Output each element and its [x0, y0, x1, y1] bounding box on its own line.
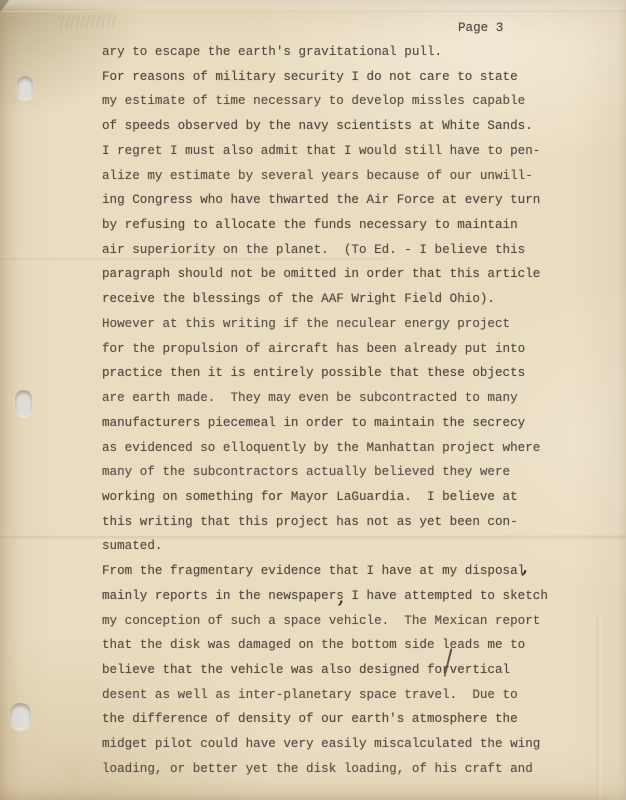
- typed-line: believe that the vehicle was also design…: [102, 658, 548, 683]
- punch-hole-middle: [15, 390, 32, 417]
- typed-text-block: ary to escape the earth's gravitational …: [102, 40, 548, 782]
- typed-line: this writing that this project has not a…: [102, 510, 548, 535]
- paper-fold-vertical: [597, 618, 602, 800]
- typed-line: as evidenced so elloquently by the Manha…: [102, 436, 548, 461]
- typed-line: loading, or better yet the disk loading,…: [102, 757, 548, 782]
- typed-line: of speeds observed by the navy scientist…: [102, 114, 548, 139]
- typed-line: my estimate of time necessary to develop…: [102, 89, 548, 114]
- typed-line: many of the subcontractors actually beli…: [102, 460, 548, 485]
- typed-line: are earth made. They may even be subcont…: [102, 386, 548, 411]
- page-number: Page 3: [458, 21, 503, 35]
- typed-line: However at this writing if the neculear …: [102, 312, 548, 337]
- typed-line: midget pilot could have very easily misc…: [102, 732, 548, 757]
- typed-line: practice then it is entirely possible th…: [102, 361, 548, 386]
- typed-line: by refusing to allocate the funds necess…: [102, 213, 548, 238]
- paper-crease-upper: [0, 256, 388, 260]
- typed-line: that the disk was damaged on the bottom …: [102, 633, 548, 658]
- typed-line: manufacturers piecemeal in order to main…: [102, 411, 548, 436]
- typed-line: For reasons of military security I do no…: [102, 65, 548, 90]
- page-top-edge: [0, 0, 626, 12]
- typed-line: receive the blessings of the AAF Wright …: [102, 287, 548, 312]
- typed-line: ary to escape the earth's gravitational …: [102, 40, 548, 65]
- typed-line: ing Congress who have thwarted the Air F…: [102, 188, 548, 213]
- punch-hole-top: [17, 76, 33, 100]
- typed-line: my conception of such a space vehicle. T…: [102, 609, 548, 634]
- typed-line: paragraph should not be omitted in order…: [102, 262, 548, 287]
- typed-line: working on something for Mayor LaGuardia…: [102, 485, 548, 510]
- pencil-smudge: [58, 14, 116, 29]
- typed-line: desent as well as inter-planetary space …: [102, 683, 548, 708]
- typed-line: the difference of density of our earth's…: [102, 707, 548, 732]
- paper-crease-horizontal: [0, 534, 626, 539]
- typed-line: I regret I must also admit that I would …: [102, 139, 548, 164]
- typed-line: From the fragmentary evidence that I hav…: [102, 559, 548, 584]
- typed-line: mainly reports in the newspapers I have …: [102, 584, 548, 609]
- scan-corner: [0, 0, 9, 12]
- typed-line: alize my estimate by several years becau…: [102, 164, 548, 189]
- typed-line: for the propulsion of aircraft has been …: [102, 337, 548, 362]
- page: Page 3 ary to escape the earth's gravita…: [0, 0, 626, 800]
- punch-hole-bottom: [10, 703, 31, 730]
